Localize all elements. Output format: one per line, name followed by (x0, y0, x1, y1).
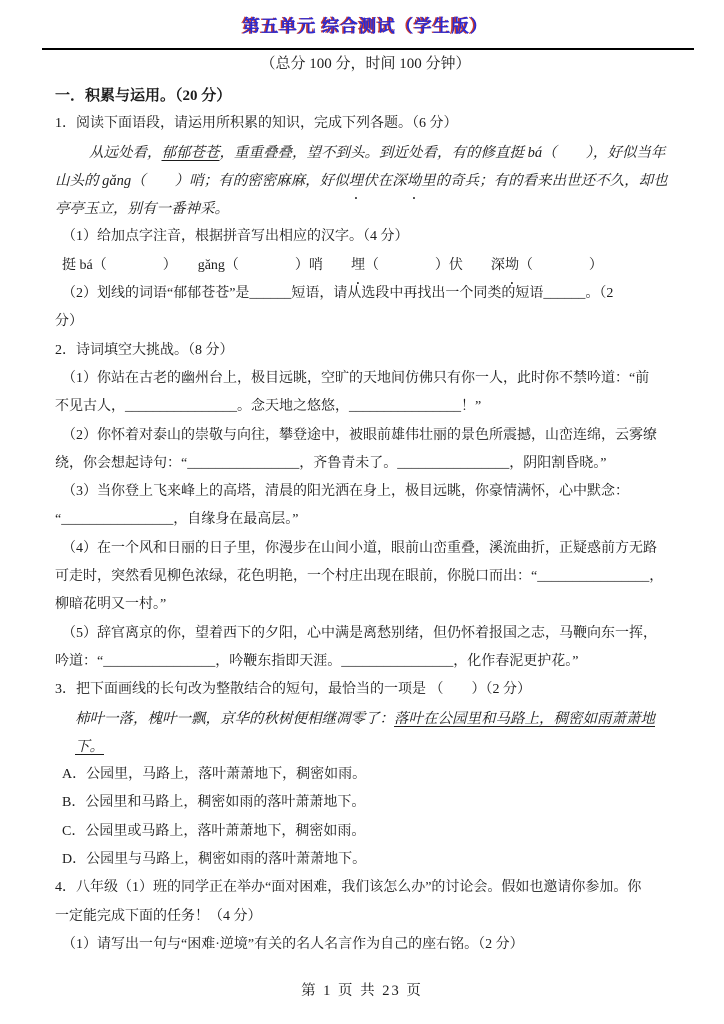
q1-pinyin-row: 挺 bá（ ） gǎng（ ）哨 埋（ ）伏 深坳（ ） (55, 252, 676, 280)
q1-stem: 1．阅读下面语段，请运用所积累的知识，完成下列各题。（6 分） (55, 110, 676, 138)
page-footer: 第 1 页 共 23 页 (0, 979, 724, 1000)
passage-text: 里的奇兵；有的看来出世还不久，却也 (421, 173, 668, 189)
pinyin-item: （ ） (519, 258, 603, 273)
q1-passage-line3: 亭亭玉立，别有一番神采。 (55, 195, 676, 223)
page-content: 第五单元 综合测试（学生版） （总分 100 分，时间 100 分钟） 一．积累… (0, 0, 724, 959)
passage-text: ，重重叠叠，望不到头。到近处看，有的修直挺 bá（ ），好似当年 (220, 145, 666, 161)
option-a: A．公园里，马路上，落叶萧萧地下，稠密如雨。 (55, 761, 676, 789)
q3-passage: 柿叶一落，槐叶一飘，京华的秋树便相继凋零了：落叶在公园里和马路上，稠密如雨萧萧地… (55, 705, 676, 762)
q2-stem: 2．诗词填空大挑战。（8 分） (55, 337, 676, 365)
q2-s5-line2: 吟道：“________________，吟鞭东指即天涯。___________… (55, 648, 676, 676)
passage-text: 伏在深 (363, 173, 407, 189)
q1-passage-line1: 从远处看，郁郁苍苍，重重叠叠，望不到头。到近处看，有的修直挺 bá（ ），好似当… (55, 139, 676, 167)
q2-s4-line1: （4）在一个风和日丽的日子里，你漫步在山间小道，眼前山峦重叠，溪流曲折，正疑惑前… (55, 535, 676, 563)
title-divider (42, 48, 694, 50)
q2-s4-line2: 可走时，突然看见柳色浓绿，花色明艳，一个村庄出现在眼前，你脱口而出：“_____… (55, 563, 676, 591)
q2-s1-line1: （1）你站在古老的幽州台上，极目远眺，空旷的天地间仿佛只有你一人，此时你不禁吟道… (55, 365, 676, 393)
test-paper-page: 第五单元 综合测试（学生版） （总分 100 分，时间 100 分钟） 一．积累… (0, 0, 724, 1024)
passage-text: 从远处看， (89, 145, 162, 161)
q4-line1: 4．八年级（1）班的同学正在举办“面对困难，我们该怎么办”的讨论会。假如也邀请你… (55, 874, 676, 902)
dotted-char: 坳 (407, 167, 422, 195)
q2-s1-line2: 不见古人，________________。念天地之悠悠，___________… (55, 393, 676, 421)
dotted-char: 埋 (349, 167, 364, 195)
option-d: D．公园里与马路上，稠密如雨的落叶萧萧地下。 (55, 846, 676, 874)
underlined-phrase: 郁郁苍苍 (162, 145, 220, 161)
doc-subtitle: （总分 100 分，时间 100 分钟） (55, 53, 676, 75)
dotted-char: 埋 (351, 252, 365, 280)
pinyin-item: 挺 bá（ ） gǎng（ ）哨 (62, 258, 351, 273)
q1-sub1-stem: （1）给加点字注音，根据拼音写出相应的汉字。（4 分） (55, 223, 676, 251)
q4-line2: 一定能完成下面的任务！（4 分） (55, 903, 676, 931)
q3-stem: 3．把下面画线的长句改为整散结合的短句，最恰当的一项是 （ ）（2 分） (55, 676, 676, 704)
passage-text: 山头的 gǎng（ ）哨；有的密密麻麻，好似 (55, 173, 349, 189)
q2-s2-line2: 绕，你会想起诗句：“________________，齐鲁青未了。_______… (55, 450, 676, 478)
passage-text: 柿叶一落，槐叶一飘，京华的秋树便相继凋零了： (75, 711, 394, 727)
q2-s4-line3: 柳暗花明又一村。” (55, 591, 676, 619)
q1-passage-line2: 山头的 gǎng（ ）哨；有的密密麻麻，好似埋伏在深坳里的奇兵；有的看来出世还不… (55, 167, 676, 195)
q2-s5-line1: （5）辞官离京的你，望着西下的夕阳，心中满是离愁别绪，但仍怀着报国之志，马鞭向东… (55, 620, 676, 648)
q2-s3-line1: （3）当你登上飞来峰上的高塔，清晨的阳光洒在身上，极目远眺，你豪情满怀，心中默念… (55, 478, 676, 506)
pinyin-item: （ ）伏 深 (365, 258, 505, 273)
dotted-char: 坳 (505, 252, 519, 280)
section1-heading: 一．积累与运用。（20 分） (55, 82, 676, 110)
q2-s3-line2: “________________，自缘身在最高层。” (55, 506, 676, 534)
option-c: C．公园里或马路上，落叶萧萧地下，稠密如雨。 (55, 818, 676, 846)
q1-sub2-line1: （2）划线的词语“郁郁苍苍”是______短语，请从选段中再找出一个同类的短语_… (55, 280, 676, 308)
q1-sub2-line2: 分） (55, 308, 676, 336)
q2-s2-line1: （2）你怀着对泰山的崇敬与向往，攀登途中，被眼前雄伟壮丽的景色所震撼，山峦连绵，… (55, 422, 676, 450)
q4-sub1: （1）请写出一句与“困难·逆境”有关的名人名言作为自己的座右铭。（2 分） (55, 931, 676, 959)
option-b: B．公园里和马路上，稠密如雨的落叶萧萧地下。 (55, 789, 676, 817)
doc-title: 第五单元 综合测试（学生版） (55, 13, 676, 39)
